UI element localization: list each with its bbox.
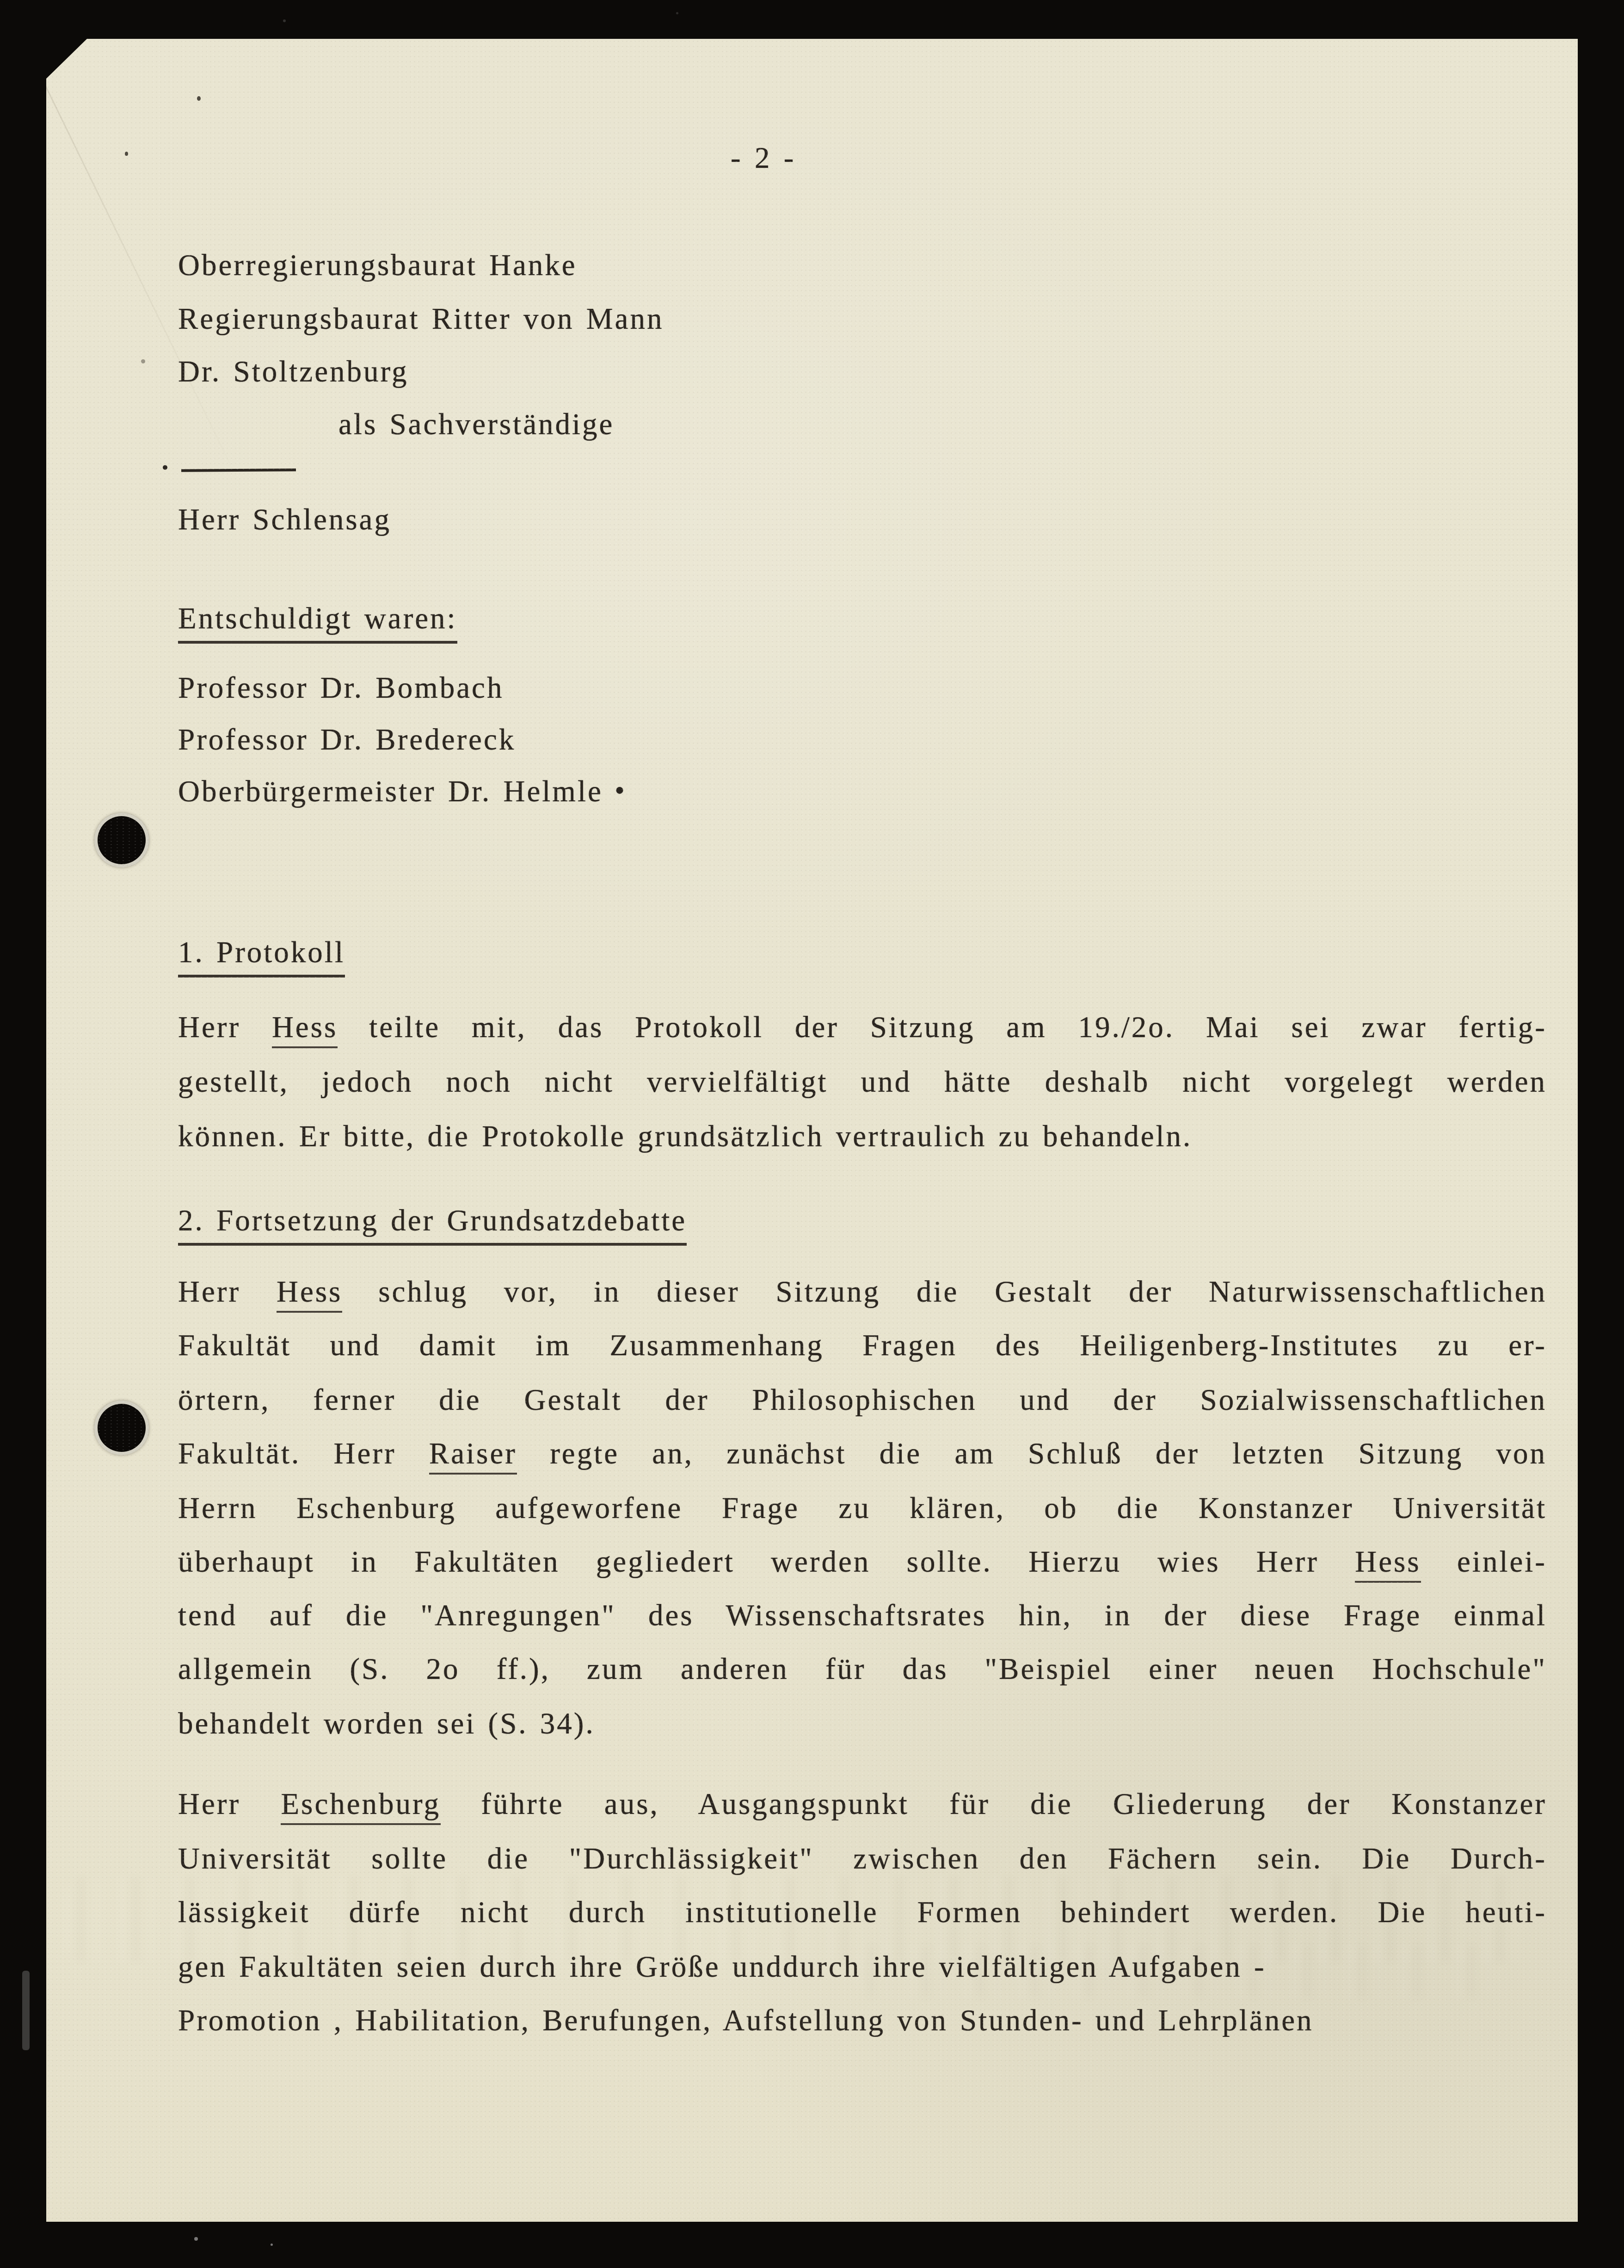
paragraph-line: Fakultät und damit im Zusammenhang Frage… [178, 1331, 1547, 1361]
ink-speck [197, 96, 201, 101]
underlined-name: Raiser [429, 1437, 517, 1475]
scan-dust-speck [194, 2237, 198, 2241]
hole-punch-top [94, 813, 149, 867]
underlined-name: Hess [1355, 1545, 1421, 1583]
hole-punch-bottom [94, 1401, 149, 1455]
paragraph-line: Fakultät. Herr Raiser regte an, zunächst… [178, 1439, 1547, 1469]
excused-heading-text: Entschuldigt waren: [178, 602, 457, 644]
text-segment: schlug vor, in dieser Sitzung die Gestal… [342, 1275, 1547, 1309]
paper-crease [43, 83, 243, 491]
text-segment: führte aus, Ausgangspunkt für die Gliede… [441, 1788, 1547, 1821]
paragraph-line: tend auf die "Anregungen" des Wissenscha… [178, 1601, 1547, 1631]
paragraph-line: örtern, ferner die Gestalt der Philosoph… [178, 1385, 1547, 1415]
attendee-name-line: Oberregierungsbaurat Hanke [178, 251, 577, 281]
paragraph-line: Herr Hess schlug vor, in dieser Sitzung … [178, 1277, 1547, 1307]
scan-dust-speck [271, 2243, 273, 2246]
scan-background: { "colors": { "background": "#0c0a08", "… [0, 0, 1624, 2268]
excused-name-line: Oberbürgermeister Dr. Helmle● [178, 777, 626, 807]
text-segment: Herr [178, 1011, 272, 1044]
excused-name-line: Professor Dr. Bombach [178, 673, 504, 703]
section-heading-protokoll: 1. Protokoll [178, 938, 345, 968]
scan-dust-speck [283, 19, 286, 22]
paragraph-line: gestellt, jedoch noch nicht vervielfälti… [178, 1067, 1547, 1097]
paragraph-line: Herr Eschenburg führte aus, Ausgangspunk… [178, 1789, 1547, 1819]
underlined-name: Hess [272, 1011, 338, 1048]
text-segment: Herr [178, 1275, 277, 1309]
paragraph-line: behandelt worden sei (S. 34). [178, 1709, 595, 1739]
paragraph-line: Herrn Eschenburg aufgeworfene Frage zu k… [178, 1494, 1547, 1524]
excused-heading: Entschuldigt waren: [178, 604, 457, 634]
paragraph-line: Universität sollte die "Durchlässigkeit"… [178, 1844, 1547, 1874]
excused-name-line: Professor Dr. Bredereck [178, 725, 516, 755]
typed-dot [163, 465, 167, 470]
paragraph-line: Promotion , Habilitation, Berufungen, Au… [178, 2006, 1314, 2036]
typed-dot: ● [615, 782, 627, 798]
ink-speck [141, 359, 145, 363]
document-page: - 2 - Oberregierungsbaurat Hanke Regieru… [46, 39, 1578, 2222]
section-heading-grundsatzdebatte: 2. Fortsetzung der Grundsatzdebatte [178, 1206, 687, 1236]
paragraph-line: überhaupt in Fakultäten gegliedert werde… [178, 1547, 1547, 1577]
text-segment: Fakultät. Herr [178, 1437, 429, 1470]
page-number: - 2 - [731, 143, 795, 173]
paragraph-line: gen Fakultäten seien durch ihre Größe un… [178, 1952, 1266, 1982]
paragraph-line: Herr Hess teilte mit, das Protokoll der … [178, 1013, 1547, 1043]
excused-name-text: Oberbürgermeister Dr. Helmle [178, 775, 603, 808]
scan-dust-speck [676, 12, 678, 14]
text-segment: regte an, zunächst die am Schluß der let… [517, 1437, 1547, 1470]
text-segment: einlei- [1421, 1545, 1547, 1579]
attendee-name-line: Dr. Stoltzenburg [178, 357, 409, 387]
section-heading-text: 2. Fortsetzung der Grundsatzdebatte [178, 1204, 687, 1246]
paragraph-line: lässigkeit dürfe nicht durch institution… [178, 1898, 1547, 1928]
paragraph-line: allgemein (S. 2o ff.), zum anderen für d… [178, 1654, 1547, 1684]
underlined-name: Eschenburg [281, 1788, 441, 1825]
text-segment: teilte mit, das Protokoll der Sitzung am… [338, 1011, 1547, 1044]
text-segment: Herr [178, 1788, 281, 1821]
underlined-name: Hess [277, 1275, 342, 1313]
typed-underline-mark [181, 468, 296, 472]
scan-edge-mark [22, 1971, 30, 2050]
section-heading-text: 1. Protokoll [178, 936, 345, 977]
attendee-name-line: Regierungsbaurat Ritter von Mann [178, 304, 664, 334]
attendee-role-line: als Sachverständige [338, 410, 614, 440]
text-segment: überhaupt in Fakultäten gegliedert werde… [178, 1545, 1355, 1579]
ink-speck [125, 152, 128, 156]
attendee-name-line: Herr Schlensag [178, 505, 391, 535]
paragraph-line: können. Er bitte, die Protokolle grundsä… [178, 1122, 1192, 1152]
